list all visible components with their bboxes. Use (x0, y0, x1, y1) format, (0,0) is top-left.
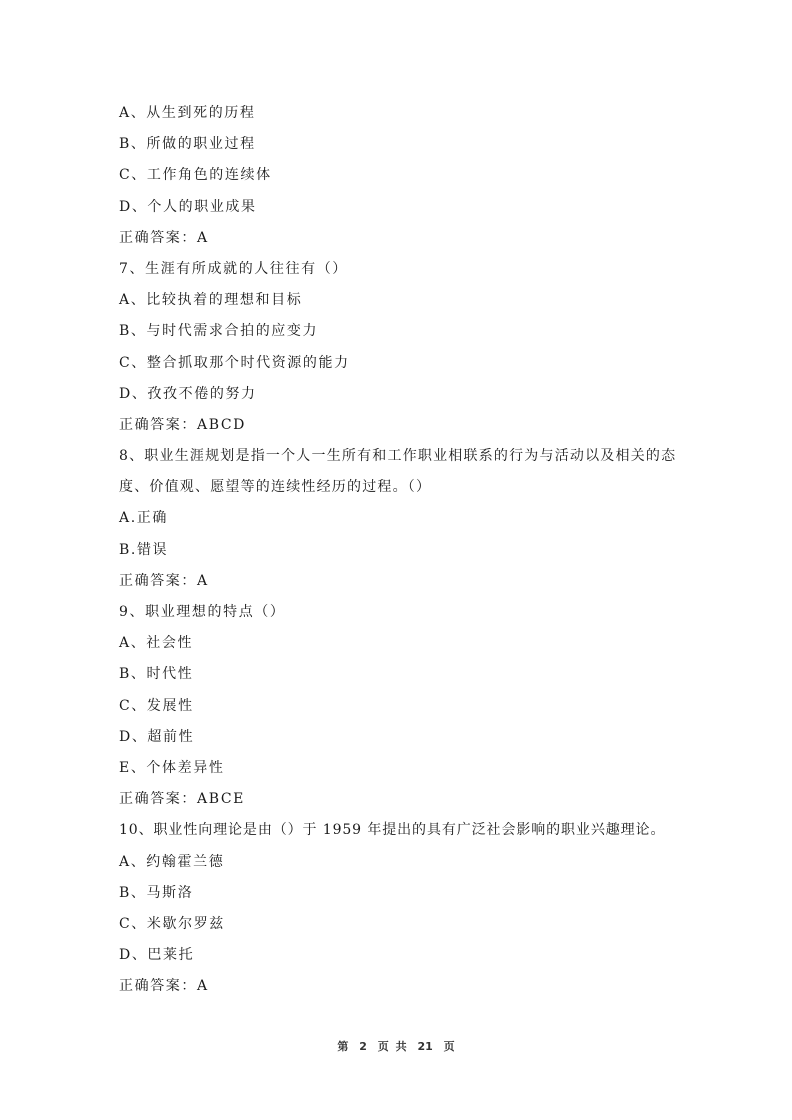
correct-answer: 正确答案：A (119, 971, 689, 1002)
footer-prefix: 第 (337, 1040, 348, 1053)
question-7: 7、生涯有所成就的人往往有（） A、比较执着的理想和目标 B、与时代需求合拍的应… (119, 254, 689, 441)
question-text: 7、生涯有所成就的人往往有（） (119, 254, 689, 285)
option-a: A、社会性 (119, 628, 689, 659)
option-b: B、马斯洛 (119, 878, 689, 909)
option-a: A.正确 (119, 503, 689, 534)
option-b: B.错误 (119, 535, 689, 566)
option-c: C、发展性 (119, 691, 689, 722)
option-b: B、时代性 (119, 659, 689, 690)
current-page-number: 2 (359, 1040, 367, 1053)
option-a: A、比较执着的理想和目标 (119, 285, 689, 316)
option-a: A、约翰霍兰德 (119, 847, 689, 878)
question-text: 9、职业理想的特点（） (119, 597, 689, 628)
correct-answer: 正确答案：ABCD (119, 410, 689, 441)
question-6-continuation: A、从生到死的历程 B、所做的职业过程 C、工作角色的连续体 D、个人的职业成果… (119, 98, 689, 254)
option-c: C、整合抓取那个时代资源的能力 (119, 348, 689, 379)
option-e: E、个体差异性 (119, 753, 689, 784)
total-pages-number: 21 (417, 1040, 432, 1053)
question-text: 10、职业性向理论是由（）于 1959 年提出的具有广泛社会影响的职业兴趣理论。 (119, 815, 689, 846)
page-content: A、从生到死的历程 B、所做的职业过程 C、工作角色的连续体 D、个人的职业成果… (119, 98, 689, 1002)
option-c: C、工作角色的连续体 (119, 160, 689, 191)
question-9: 9、职业理想的特点（） A、社会性 B、时代性 C、发展性 D、超前性 E、个体… (119, 597, 689, 815)
option-b: B、与时代需求合拍的应变力 (119, 316, 689, 347)
footer-mid: 页 共 (378, 1040, 407, 1053)
option-d: D、个人的职业成果 (119, 192, 689, 223)
question-text: 8、职业生涯规划是指一个人一生所有和工作职业相联系的行为与活动以及相关的态度、价… (119, 441, 689, 503)
question-10: 10、职业性向理论是由（）于 1959 年提出的具有广泛社会影响的职业兴趣理论。… (119, 815, 689, 1002)
option-d: D、孜孜不倦的努力 (119, 379, 689, 410)
document-page: A、从生到死的历程 B、所做的职业过程 C、工作角色的连续体 D、个人的职业成果… (0, 0, 792, 1120)
correct-answer: 正确答案：A (119, 223, 689, 254)
option-b: B、所做的职业过程 (119, 129, 689, 160)
correct-answer: 正确答案：ABCE (119, 784, 689, 815)
page-footer: 第 2 页 共 21 页 (0, 1038, 792, 1054)
option-d: D、巴莱托 (119, 940, 689, 971)
option-c: C、米歇尔罗兹 (119, 909, 689, 940)
footer-suffix: 页 (444, 1040, 455, 1053)
question-8: 8、职业生涯规划是指一个人一生所有和工作职业相联系的行为与活动以及相关的态度、价… (119, 441, 689, 597)
option-a: A、从生到死的历程 (119, 98, 689, 129)
correct-answer: 正确答案：A (119, 566, 689, 597)
option-d: D、超前性 (119, 722, 689, 753)
